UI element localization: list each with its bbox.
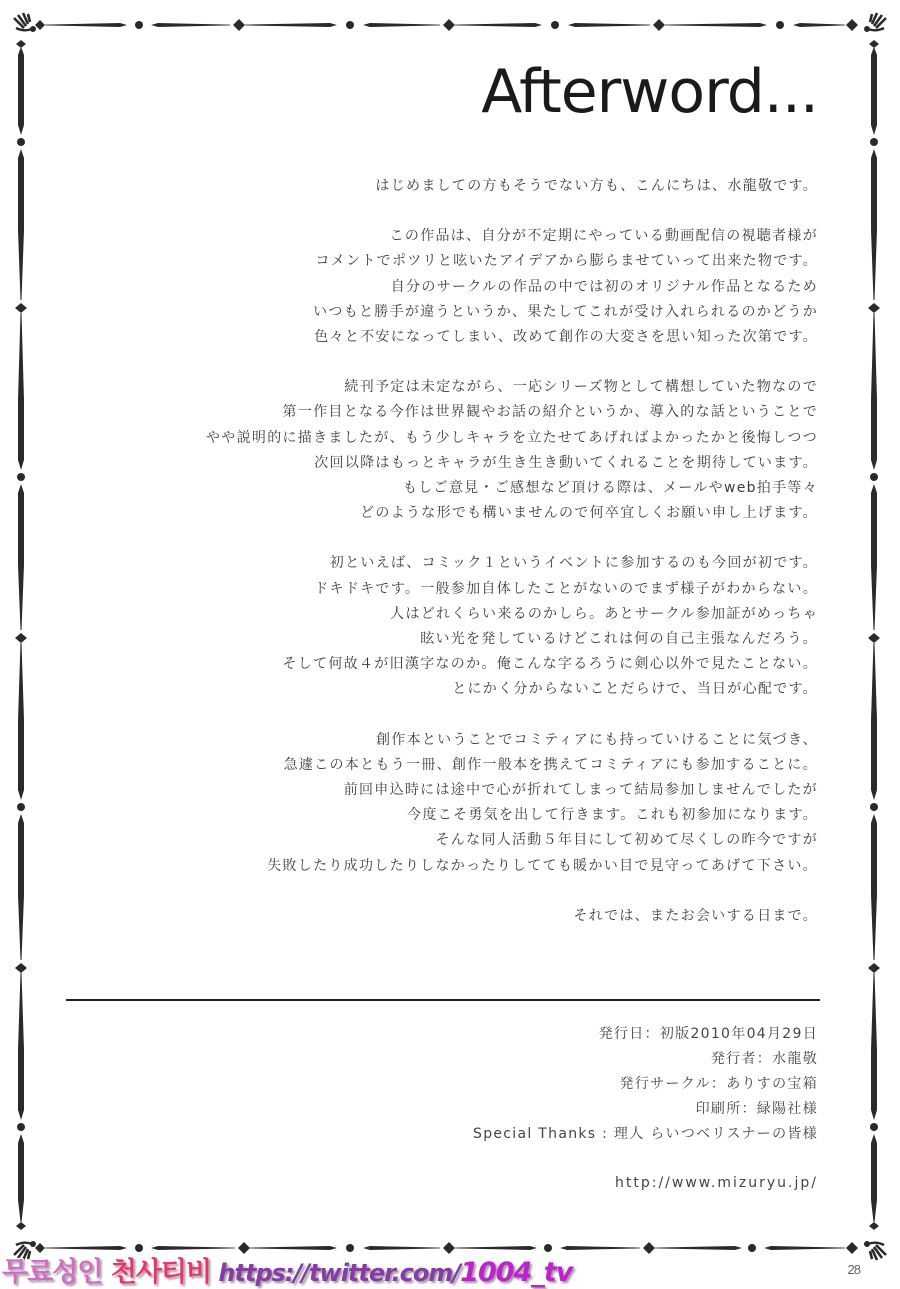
text-line: 眩い光を発しているけどこれは何の自己主張なんだろう。	[206, 627, 818, 652]
text-line: はじめましての方もそうでない方も、こんにちは、水龍敬です。	[206, 174, 818, 199]
publisher: 発行者：水龍敬	[473, 1047, 818, 1072]
text-line: そんな同人活動５年目にして初めて尽くしの昨今ですが	[206, 828, 818, 853]
watermark: 무료성인 천사티비 https://twitter.com/1004_tv	[2, 1250, 572, 1289]
divider-line	[66, 999, 820, 1001]
special-thanks: Special Thanks : 理人 らいつベリスナーの皆様	[473, 1122, 818, 1147]
text-line: ドキドキです。一般参加自体したことがないのでまず様子がわからない。	[206, 577, 818, 602]
paragraph-comic1: 初といえば、コミック１というイベントに参加するのも今回が初です。 ドキドキです。…	[206, 551, 818, 702]
text-line: 自分のサークルの作品の中では初のオリジナル作品となるため	[206, 275, 818, 300]
text-line: 創作本ということでコミティアにも持っていけることに気づき、	[206, 728, 818, 753]
text-line: とにかく分からないことだらけで、当日が心配です。	[206, 677, 818, 702]
printer: 印刷所：緑陽社様	[473, 1097, 818, 1122]
paragraph-series: 続刊予定は未定ながら、一応シリーズ物として構想していた物なので 第一作目となる今…	[206, 375, 818, 526]
text-line: 第一作目となる今作は世界観やお話の紹介というか、導入的な話ということで	[206, 400, 818, 425]
text-line: そして何故４が旧漢字なのか。俺こんな字るろうに剣心以外で見たことない。	[206, 652, 818, 677]
text-line: 色々と不安になってしまい、改めて創作の大変さを思い知った次第です。	[206, 325, 818, 350]
paragraph-comitia: 創作本ということでコミティアにも持っていけることに気づき、 急遽この本ともう一冊…	[206, 728, 818, 879]
publish-date: 発行日：初版2010年04月29日	[473, 1022, 818, 1047]
afterword-body: はじめましての方もそうでない方も、こんにちは、水龍敬です。 この作品は、自分が不…	[206, 174, 818, 954]
page-title: Afterword...	[481, 62, 818, 122]
text-line: 失敗したり成功したりしなかったりしてても暖かい目で見守ってあげて下さい。	[206, 854, 818, 879]
text-line: 次回以降はもっとキャラが生き生き動いてくれることを期待しています。	[206, 451, 818, 476]
watermark-label: 무료성인	[2, 1257, 111, 1288]
website-url: http://www.mizuryu.jp/	[473, 1171, 818, 1196]
text-line: 続刊予定は未定ながら、一応シリーズ物として構想していた物なので	[206, 375, 818, 400]
text-line: いつもと勝手が違うというか、果たしてこれが受け入れられるのかどうか	[206, 300, 818, 325]
watermark-handle: 1004_tv	[460, 1257, 572, 1288]
paragraph-origin: この作品は、自分が不定期にやっている動画配信の視聴者様が コメントでポツリと呟い…	[206, 224, 818, 350]
text-line: やや説明的に描きましたが、もう少しキャラを立たせてあげればよかったかと後悔しつつ	[206, 426, 818, 451]
text-line: 前回申込時には途中で心が折れてしまって結局参加しませんでしたが	[206, 778, 818, 803]
text-line: もしご意見・ご感想など頂ける際は、メールやweb拍手等々	[206, 476, 818, 501]
text-line: この作品は、自分が不定期にやっている動画配信の視聴者様が	[206, 224, 818, 249]
paragraph-farewell: それでは、またお会いする日まで。	[206, 904, 818, 929]
watermark-brand: 천사티비	[111, 1257, 211, 1288]
text-line: どのような形でも構いませんので何卒宜しくお願い申し上げます。	[206, 501, 818, 526]
colophon: 発行日：初版2010年04月29日 発行者：水龍敬 発行サークル：ありすの宝箱 …	[473, 1022, 818, 1196]
text-line: 人はどれくらい来るのかしら。あとサークル参加証がめっちゃ	[206, 602, 818, 627]
watermark-url: https://twitter.com/	[211, 1259, 460, 1287]
text-line: 今度こそ勇気を出して行きます。これも初参加になります。	[206, 803, 818, 828]
publishing-circle: 発行サークル：ありすの宝箱	[473, 1072, 818, 1097]
text-line: 急遽この本ともう一冊、創作一般本を携えてコミティアにも参加することに。	[206, 753, 818, 778]
page-number: 28	[848, 1262, 860, 1277]
paragraph-greeting: はじめましての方もそうでない方も、こんにちは、水龍敬です。	[206, 174, 818, 199]
text-line: それでは、またお会いする日まで。	[206, 904, 818, 929]
text-line: コメントでポツリと呟いたアイデアから膨らませていって出来た物です。	[206, 249, 818, 274]
text-line: 初といえば、コミック１というイベントに参加するのも今回が初です。	[206, 551, 818, 576]
